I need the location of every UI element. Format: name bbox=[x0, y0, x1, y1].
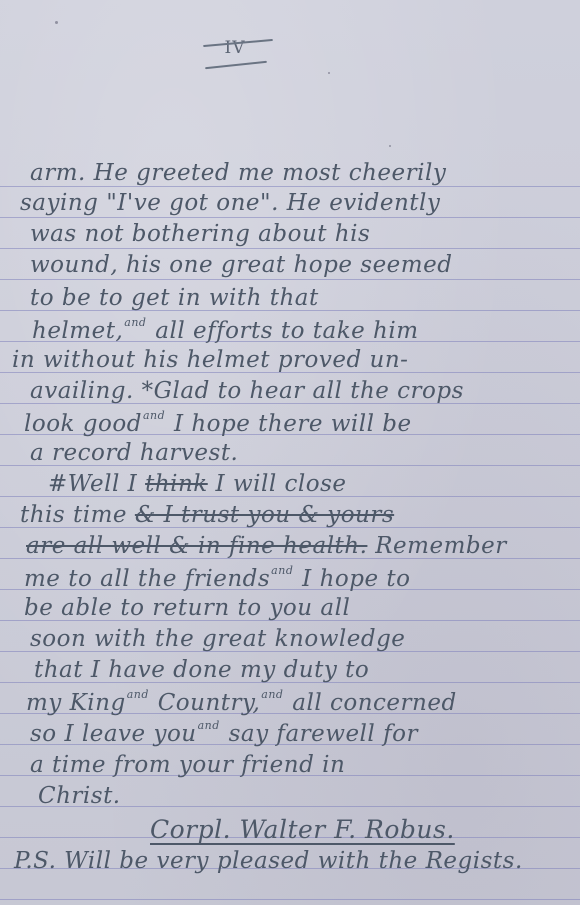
letter-line-21: Christ. bbox=[38, 783, 121, 809]
postscript: P.S. Will be very pleased with the Regis… bbox=[14, 848, 523, 874]
line-text: I hope there will be bbox=[166, 411, 412, 437]
paper-speck bbox=[328, 72, 330, 74]
line-text: helmet, bbox=[32, 318, 123, 344]
line-text: say farewell for bbox=[221, 721, 418, 747]
letter-line-3: was not bothering about his bbox=[30, 221, 370, 247]
letter-line-5: to be to get in with that bbox=[30, 285, 319, 311]
line-text: my King bbox=[26, 690, 126, 716]
ruled-line bbox=[0, 217, 580, 218]
line-text: me to all the friends bbox=[24, 566, 270, 592]
line-text: this time bbox=[20, 502, 135, 528]
insertion-superscript: and bbox=[127, 688, 149, 701]
letter-line-7: in without his helmet proved un- bbox=[12, 347, 408, 373]
line-text: so I leave you bbox=[30, 721, 197, 747]
letter-line-13: are all well & in fine health. Remember bbox=[26, 533, 507, 559]
paper-speck bbox=[55, 21, 58, 24]
insertion-superscript: and bbox=[261, 688, 283, 701]
insertion-superscript: and bbox=[271, 564, 293, 577]
ruled-line bbox=[0, 899, 580, 900]
letter-line-18: my Kingand Country,and all concerned bbox=[26, 688, 457, 716]
letter-line-19: so I leave youand say farewell for bbox=[30, 719, 418, 747]
letter-line-6: helmet,and all efforts to take him bbox=[32, 316, 419, 344]
line-text: Remember bbox=[367, 533, 506, 559]
letter-line-9: look goodand I hope there will be bbox=[24, 409, 412, 437]
ruled-line bbox=[0, 186, 580, 187]
letter-line-10: a record harvest. bbox=[30, 440, 238, 466]
line-text: I hope to bbox=[294, 566, 410, 592]
letter-line-1: arm. He greeted me most cheerily bbox=[30, 160, 446, 186]
struck-text: are all well & in fine health. bbox=[26, 533, 367, 559]
page-number: IV bbox=[205, 38, 265, 58]
line-text: look good bbox=[24, 411, 142, 437]
insertion-superscript: and bbox=[143, 409, 165, 422]
struck-text: think bbox=[145, 471, 208, 497]
signature: Corpl. Walter F. Robus. bbox=[150, 815, 455, 844]
letter-line-8: availing. *Glad to hear all the crops bbox=[30, 378, 464, 404]
insertion-superscript: and bbox=[198, 719, 220, 732]
letter-line-17: that I have done my duty to bbox=[34, 657, 369, 683]
ruled-line bbox=[0, 279, 580, 280]
line-text: all concerned bbox=[284, 690, 456, 716]
letter-line-11: #Well I think I will close bbox=[48, 471, 347, 497]
struck-text: & I trust you & yours bbox=[135, 502, 394, 528]
letter-line-4: wound, his one great hope seemed bbox=[30, 252, 452, 278]
letter-line-16: soon with the great knowledge bbox=[30, 626, 405, 652]
line-text: #Well I bbox=[48, 471, 145, 497]
line-text: I will close bbox=[208, 471, 347, 497]
letter-page: IV arm. He greeted me most cheerily sayi… bbox=[0, 0, 580, 905]
ruled-line bbox=[0, 248, 580, 249]
paper-speck bbox=[389, 145, 391, 147]
letter-line-14: me to all the friendsand I hope to bbox=[24, 564, 410, 592]
line-text: all efforts to take him bbox=[147, 318, 418, 344]
insertion-superscript: and bbox=[124, 316, 146, 329]
letter-line-12: this time & I trust you & yours bbox=[20, 502, 394, 528]
letter-line-15: be able to return to you all bbox=[24, 595, 350, 621]
letter-line-2: saying "I've got one". He evidently bbox=[20, 190, 440, 216]
letter-line-20: a time from your friend in bbox=[30, 752, 345, 778]
line-text: Country, bbox=[150, 690, 260, 716]
